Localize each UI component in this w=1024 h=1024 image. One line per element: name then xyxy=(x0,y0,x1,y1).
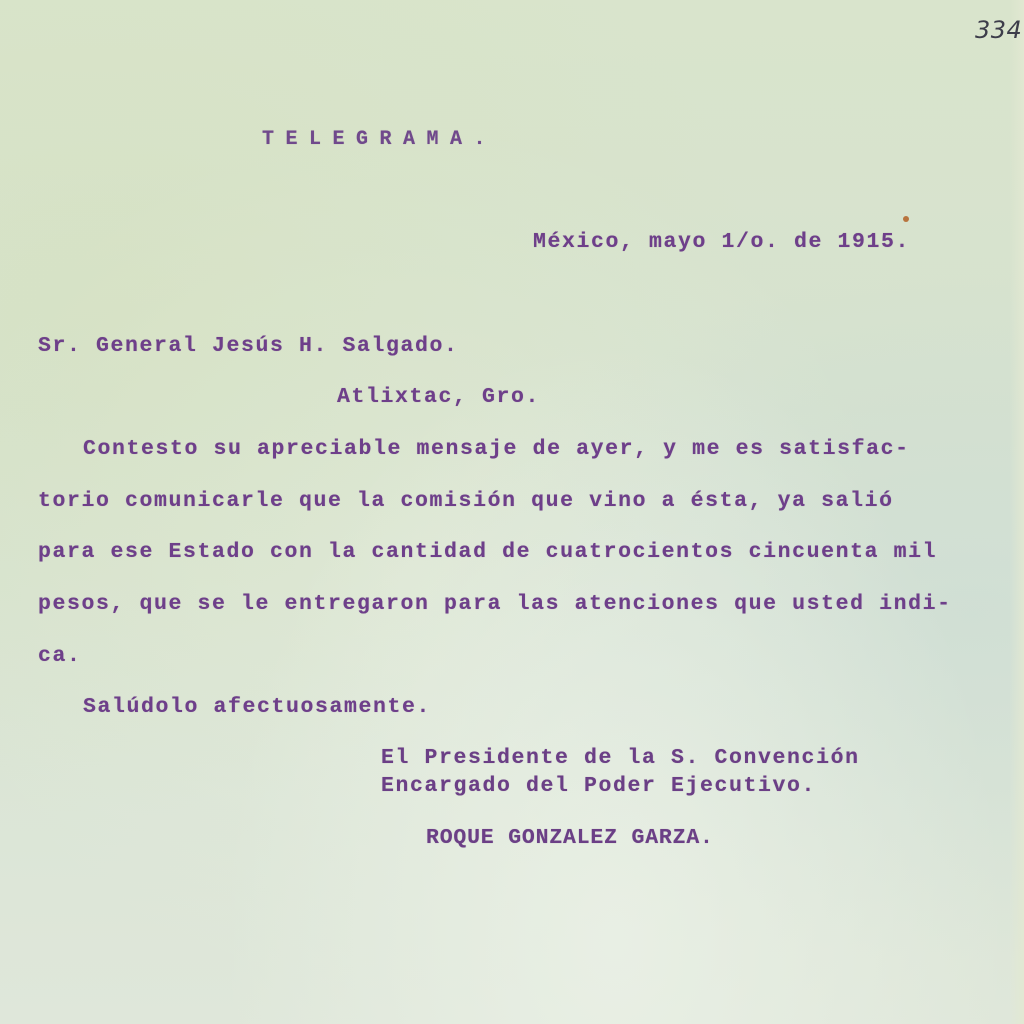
body-line-2: torio comunicarle que la comisión que vi… xyxy=(38,489,894,513)
signature-title-1: El Presidente de la S. Convención xyxy=(381,746,860,770)
archive-page-number: 334 xyxy=(975,16,1022,44)
closing-line: Salúdolo afectuosamente. xyxy=(83,695,431,719)
body-line-5: ca. xyxy=(38,644,82,668)
date-line: México, mayo 1/o. de 1915. xyxy=(533,230,910,254)
recipient-location: Atlixtac, Gro. xyxy=(337,385,540,409)
document-title: TELEGRAMA. xyxy=(262,128,497,151)
signature-name: ROQUE GONZALEZ GARZA. xyxy=(426,826,714,850)
ink-spot xyxy=(903,216,909,222)
signature-title-2: Encargado del Poder Ejecutivo. xyxy=(381,774,816,798)
body-line-1: Contesto su apreciable mensaje de ayer, … xyxy=(83,437,910,461)
recipient-name: Sr. General Jesús H. Salgado. xyxy=(38,334,459,358)
paper-edge xyxy=(1010,0,1024,1024)
body-line-4: pesos, que se le entregaron para las ate… xyxy=(38,592,952,616)
body-line-3: para ese Estado con la cantidad de cuatr… xyxy=(38,540,937,564)
